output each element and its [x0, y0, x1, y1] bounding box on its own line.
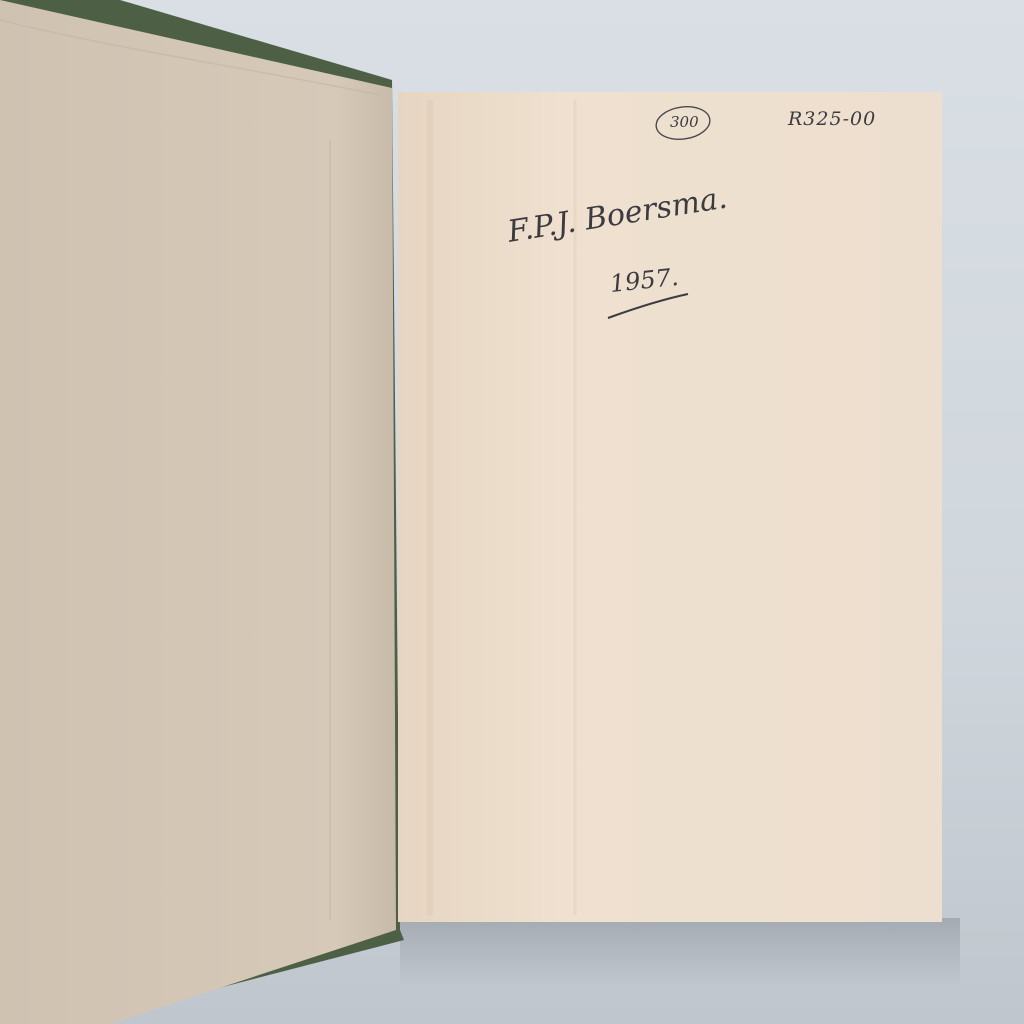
circled-price: 300 [670, 113, 699, 131]
page-shadow [400, 918, 960, 988]
inside-cover-endpaper [0, 0, 396, 1024]
book-photo: 300 R325-00 F.P.J. Boersma. 1957. [0, 0, 1024, 1024]
book-illustration [0, 0, 1024, 1024]
price-code: R325-00 [788, 108, 876, 130]
